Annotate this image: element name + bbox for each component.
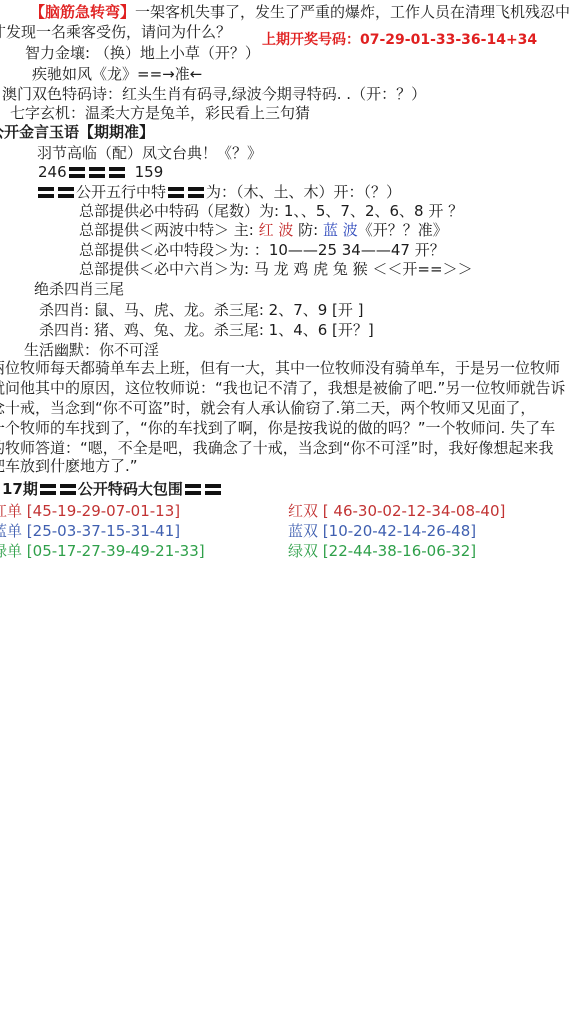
package-left-label: 蓝单 <box>0 522 22 540</box>
package-right-cell: 红双 [ 46-30-02-12-34-08-40] <box>288 500 505 521</box>
story-line: 一个牧师的车找到了，“你的车找到了啊，你是按我说的做的吗？”一个牧师问. 失了车 <box>0 419 555 438</box>
double-bar-icon <box>40 484 56 495</box>
life-humor-line: 生活幽默：你不可淫 <box>24 341 159 360</box>
story-line: 就问他其中的原因，这位牧师说：“我也记不清了，我想是被偷了吧.”另一位牧师就告诉 <box>0 379 565 398</box>
hint-five-elements: 公开五行中特为：（木、土、木）开：（？） <box>36 183 401 202</box>
kill-section-title: 绝杀四肖三尾 <box>34 280 124 299</box>
brain-teaser-label: 【脑筋急转弯】 <box>30 3 135 21</box>
double-bar-icon <box>168 187 184 198</box>
kill-row-2: 杀四肖: 猪、鸡、兔、龙。杀三尾: 1、4、6 [开？] <box>39 321 374 340</box>
story-line: 把车放到什麽地方了.” <box>0 457 138 476</box>
hint-wisdom: 智力金壤: （换）地上小草（开？） <box>25 44 260 63</box>
story-line: 的牧师答道：“嗯，不全是吧，我确念了十戒，当念到“你不可淫”时，我好像想起来我 <box>0 439 553 458</box>
package-right-cell: 绿双 [22-44-38-16-06-32] <box>288 540 476 561</box>
brain-teaser-line1: 【脑筋急转弯】一架客机失事了，发生了严重的爆炸，工作人员在清理飞机残忍中 <box>30 3 570 22</box>
brain-teaser-line2: 才发现一名乘客受伤，请问为什么？ <box>0 23 231 42</box>
package-left-numbers: [45-19-29-07-01-13] <box>27 502 180 520</box>
hint-couplet: 羽节高临（配）凤文台典！《？》 <box>37 144 262 163</box>
package-title-text: 公开特码大包围 <box>78 480 183 498</box>
package-left-label: 绿单 <box>0 542 22 560</box>
package-right-cell: 蓝双 [10-20-42-14-26-48] <box>288 520 476 541</box>
story-line: 两位牧师每天都骑单车去上班，但有一大，其中一位牧师没有骑单车，于是另一位牧师 <box>0 359 560 378</box>
wave-red-label: 红 波 <box>259 221 294 239</box>
double-bar-icon <box>38 187 54 198</box>
package-left-label: 红单 <box>0 502 22 520</box>
package-right-numbers: [22-44-38-16-06-32] <box>323 542 476 560</box>
last-draw-numbers: 上期开奖号码：07-29-01-33-36-14+34 <box>262 31 537 50</box>
hq-segment-line: 总部提供＜必中特段＞为: ：10——25 34——47 开？ <box>79 241 445 260</box>
wave-mid: 防: <box>293 221 323 239</box>
package-issue: 17期 <box>2 480 38 498</box>
double-bar-icon <box>89 167 105 178</box>
lottery-tip-sheet: 【脑筋急转弯】一架客机失事了，发生了严重的爆炸，工作人员在清理飞机残忍中 才发现… <box>0 0 575 1017</box>
numbers-right: 159 <box>135 163 164 181</box>
double-bar-icon <box>188 187 204 198</box>
story-line: 念十戒，当念到“你不可盗”时，就会有人承认偷窃了.第二天，两个牧师又见面了， <box>0 399 535 418</box>
double-bar-icon <box>58 187 74 198</box>
hq-six-zodiac-line: 总部提供＜必中六肖＞为: 马 龙 鸡 虎 兔 猴 ＜＜开==＞＞ <box>79 260 473 279</box>
double-bar-icon <box>185 484 201 495</box>
package-right-label: 红双 <box>288 502 318 520</box>
wave-suffix: 《开？？准》 <box>358 221 448 239</box>
hq-wave-line: 总部提供＜两波中特＞ 主: 红 波 防: 蓝 波《开？？准》 <box>79 221 448 240</box>
numbers-left: 246 <box>38 163 67 181</box>
hint-seven-char: 七字玄机：温柔大方是兔羊，彩民看上三句猜 <box>10 104 310 123</box>
hint-gallop: 疾驰如风《龙》==→准← <box>32 65 202 84</box>
double-bar-icon <box>205 484 221 495</box>
brain-teaser-text: 一架客机失事了，发生了严重的爆炸，工作人员在清理飞机残忍中 <box>135 3 570 21</box>
package-left-cell: 绿单 [05-17-27-39-49-21-33] <box>0 540 205 561</box>
hint-macau-poem: 澳门双色特码诗：红头生肖有码寻,绿波今期寻特码. .（开：？） <box>2 85 426 104</box>
package-left-numbers: [05-17-27-39-49-21-33] <box>27 542 205 560</box>
hint-golden-words: 公开金言玉语【期期准】 <box>0 123 154 142</box>
wave-blue-label: 蓝 波 <box>323 221 358 239</box>
package-left-cell: 蓝单 [25-03-37-15-31-41] <box>0 520 180 541</box>
package-right-label: 绿双 <box>288 542 318 560</box>
double-bar-icon <box>109 167 125 178</box>
hq-tail-numbers: 总部提供必中特码（尾数）为: 1、、5、7、2、6、8 开 ？ <box>79 202 463 221</box>
wave-prefix: 总部提供＜两波中特＞ 主: <box>79 221 259 239</box>
package-right-numbers: [ 46-30-02-12-34-08-40] <box>323 502 506 520</box>
five-elements-suffix: 为：（木、土、木）开：（？） <box>206 183 401 201</box>
package-left-cell: 红单 [45-19-29-07-01-13] <box>0 500 180 521</box>
package-row: 绿单 [05-17-27-39-49-21-33] 绿双 [22-44-38-1… <box>0 540 575 559</box>
package-right-numbers: [10-20-42-14-26-48] <box>323 522 476 540</box>
package-section-title: 17期公开特码大包围 <box>2 480 223 499</box>
package-left-numbers: [25-03-37-15-31-41] <box>27 522 180 540</box>
hint-numbers-row: 246159 <box>38 163 163 182</box>
package-right-label: 蓝双 <box>288 522 318 540</box>
package-row: 红单 [45-19-29-07-01-13] 红双 [ 46-30-02-12-… <box>0 500 575 519</box>
package-row: 蓝单 [25-03-37-15-31-41] 蓝双 [10-20-42-14-2… <box>0 520 575 539</box>
double-bar-icon <box>69 167 85 178</box>
five-elements-title: 公开五行中特 <box>76 183 166 201</box>
kill-row-1: 杀四肖: 鼠、马、虎、龙。杀三尾: 2、7、9 [开 ] <box>39 301 364 320</box>
double-bar-icon <box>60 484 76 495</box>
